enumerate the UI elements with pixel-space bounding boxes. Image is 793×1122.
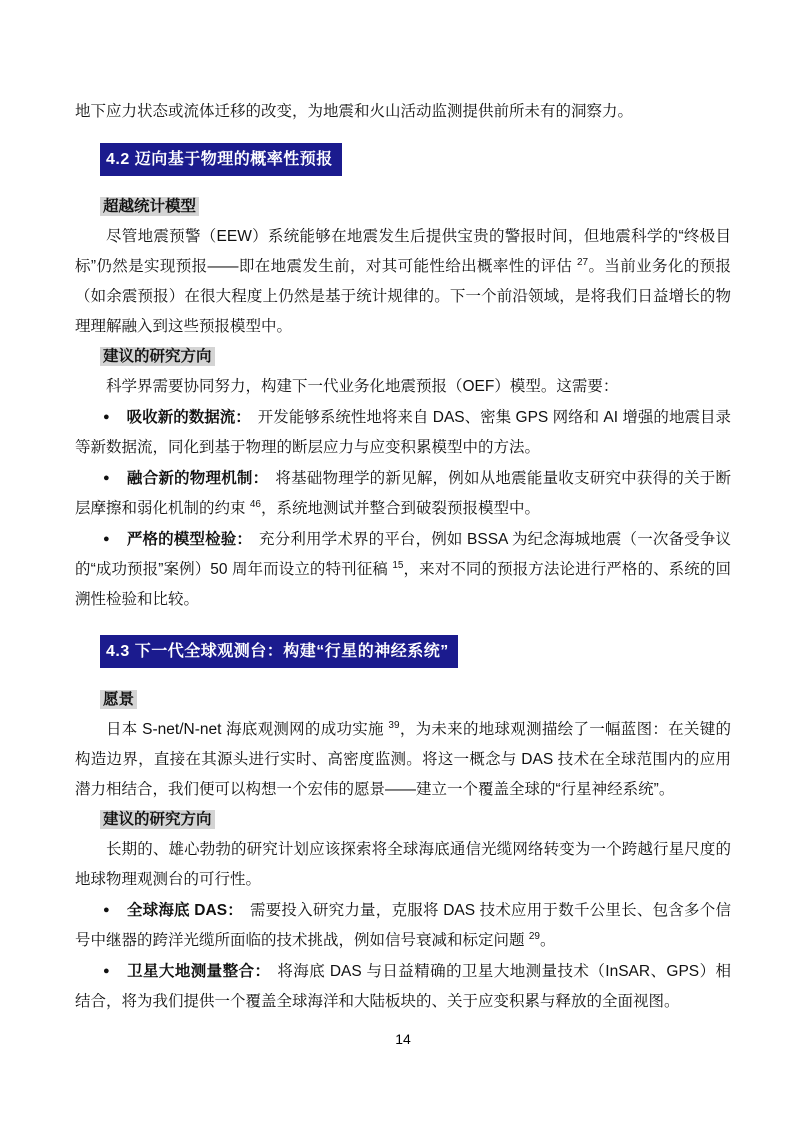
bullet-item: ●严格的模型检验：充分利用学术界的平台，例如 BSSA 为纪念海城地震（一次备受…: [75, 524, 731, 615]
page-number: 14: [75, 1031, 731, 1047]
footnote-ref: 27: [577, 257, 588, 268]
subheading-vision: 愿景: [75, 685, 731, 715]
subheading-proposed-research-directions: 建议的研究方向: [75, 805, 731, 835]
bullet-icon: ●: [103, 411, 110, 423]
section-heading-4-3: 4.3 下一代全球观测台：构建“行星的神经系统”: [100, 635, 458, 668]
paragraph-continuation: 地下应力状态或流体迁移的改变，为地震和火山活动监测提供前所未有的洞察力。: [75, 97, 731, 127]
bullet-label: 融合新的物理机制：: [127, 470, 268, 487]
paragraph: 日本 S-net/N-net 海底观测网的成功实施 39，为未来的地球观测描绘了…: [75, 715, 731, 805]
bullet-item: ●融合新的物理机制：将基础物理学的新见解，例如从地震能量收支研究中获得的关于断层…: [75, 463, 731, 524]
subheading-highlight: 建议的研究方向: [100, 810, 215, 829]
bullet-icon: ●: [103, 533, 110, 545]
bullet-label: 吸收新的数据流：: [127, 409, 251, 426]
footnote-ref: 29: [529, 931, 540, 942]
bullet-label: 严格的模型检验：: [127, 531, 252, 548]
footnote-ref: 39: [388, 720, 399, 731]
subheading-proposed-research-directions: 建议的研究方向: [75, 342, 731, 372]
paragraph: 科学界需要协同努力，构建下一代业务化地震预报（OEF）模型。这需要：: [75, 372, 731, 402]
bullet-label: 卫星大地测量整合：: [127, 963, 270, 980]
section-heading-4-2: 4.2 迈向基于物理的概率性预报: [100, 143, 342, 176]
footnote-ref: 15: [392, 560, 403, 571]
bullet-label: 全球海底 DAS：: [127, 902, 243, 919]
subheading-highlight: 建议的研究方向: [100, 347, 215, 366]
bullet-item: ●卫星大地测量整合：将海底 DAS 与日益精确的卫星大地测量技术（InSAR、G…: [75, 956, 731, 1017]
subheading-highlight: 愿景: [100, 690, 137, 709]
paragraph: 尽管地震预警（EEW）系统能够在地震发生后提供宝贵的警报时间，但地震科学的“终极…: [75, 222, 731, 342]
paragraph: 长期的、雄心勃勃的研究计划应该探索将全球海底通信光缆网络转变为一个跨越行星尺度的…: [75, 835, 731, 895]
footnote-ref: 46: [250, 499, 261, 510]
bullet-text: 。: [540, 932, 556, 949]
bullet-item: ●全球海底 DAS：需要投入研究力量，克服将 DAS 技术应用于数千公里长、包含…: [75, 895, 731, 956]
bullet-text: ，系统地测试并整合到破裂预报模型中。: [261, 500, 540, 517]
bullet-icon: ●: [103, 904, 110, 916]
section-heading-row-4-3: 4.3 下一代全球观测台：构建“行星的神经系统”: [75, 615, 731, 685]
paragraph-text: 日本 S-net/N-net 海底观测网的成功实施: [106, 721, 388, 738]
document-page: 地下应力状态或流体迁移的改变，为地震和火山活动监测提供前所未有的洞察力。 4.2…: [0, 0, 793, 1122]
bullet-icon: ●: [103, 472, 110, 484]
bullet-icon: ●: [103, 965, 110, 977]
bullet-item: ●吸收新的数据流：开发能够系统性地将来自 DAS、密集 GPS 网络和 AI 增…: [75, 402, 731, 463]
subheading-beyond-statistical-models: 超越统计模型: [75, 192, 731, 222]
section-heading-row-4-2: 4.2 迈向基于物理的概率性预报: [75, 127, 731, 192]
subheading-highlight: 超越统计模型: [100, 197, 199, 216]
